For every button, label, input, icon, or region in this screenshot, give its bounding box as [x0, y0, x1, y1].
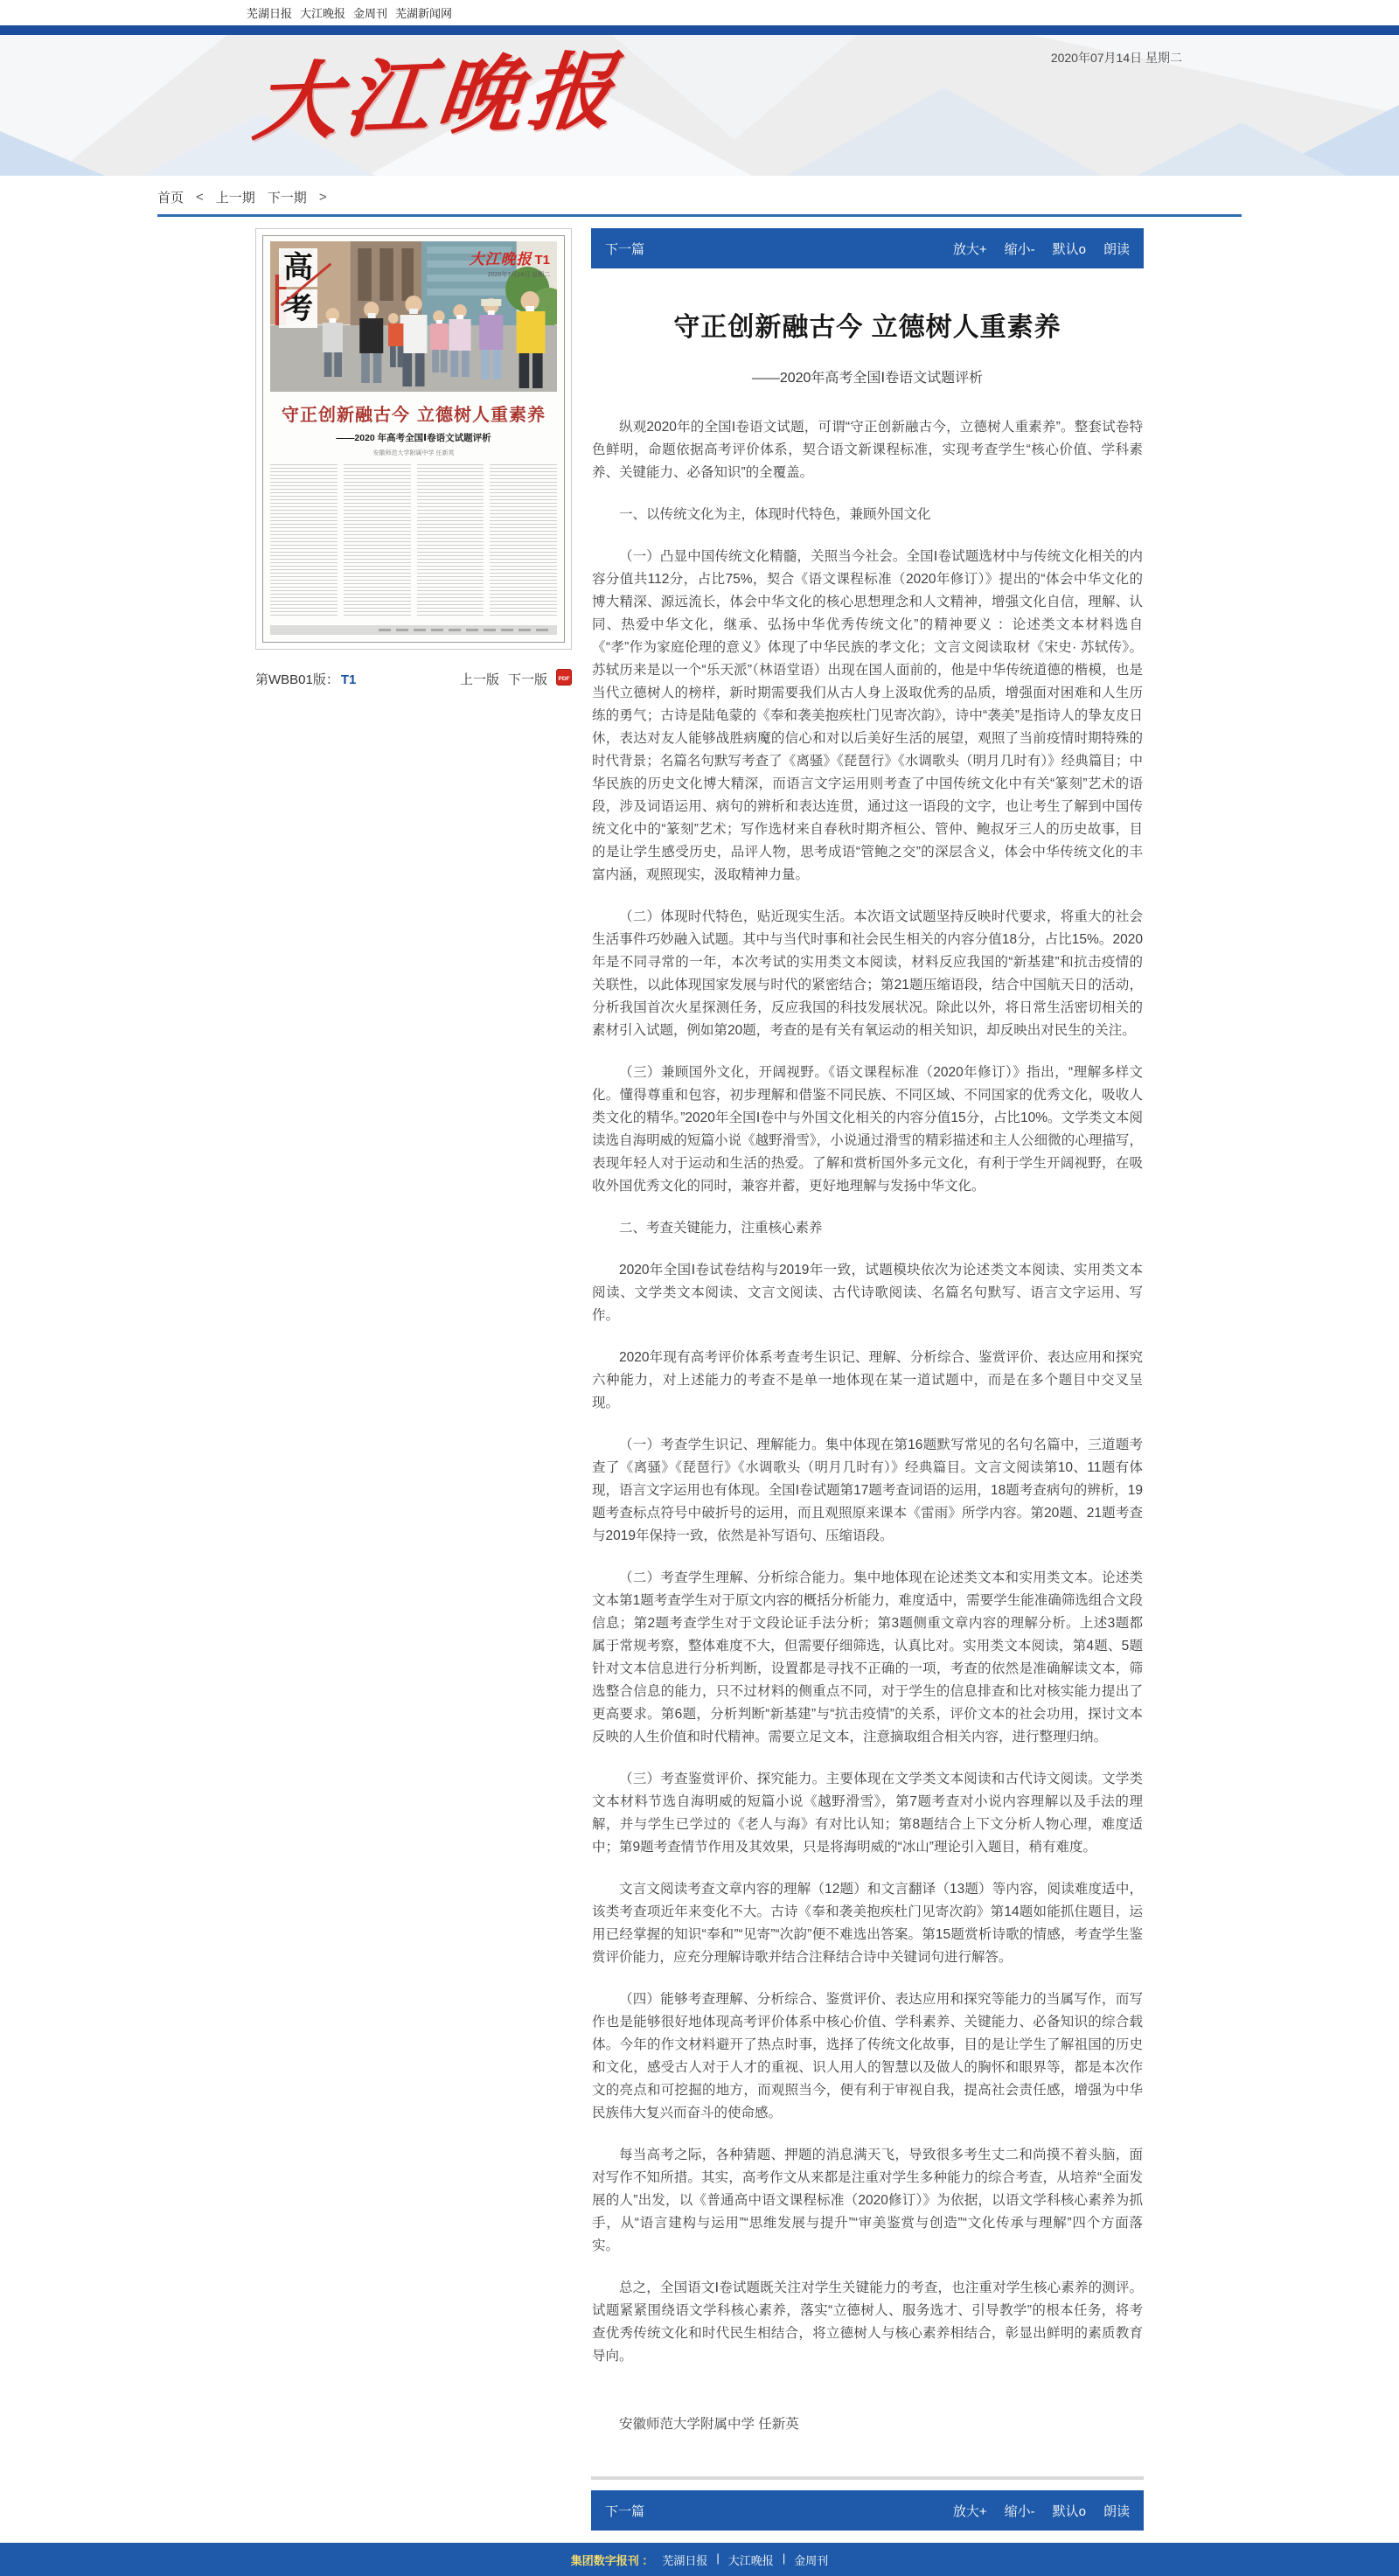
article-subtitle: ——2020年高考全国Ⅰ卷语文试题评析 — [592, 366, 1143, 386]
article-column: 下一篇 放大+ 缩小- 默认o 朗读 守正创新融古今 立德树人重素养 ——202… — [591, 228, 1144, 2531]
page: 芜湖日报大江晚报金周刊芜湖新闻网 大江晚报 2020年07月14日 星期二 首页… — [0, 0, 1399, 2576]
zoom-out-button[interactable]: 缩小- — [1005, 240, 1035, 258]
footer-links[interactable]: 芜湖日报|大江晚报|金周刊 — [662, 2552, 828, 2568]
site-footer: 集团数字报刊 ： 芜湖日报|大江晚报|金周刊 — [0, 2543, 1399, 2576]
article-paragraph: （二）体现时代特色，贴近现实生活。本次语文试题坚持反映时代要求，将重大的社会生活… — [592, 906, 1143, 1042]
left-column: 高 考 大江晚报T1 2020年7月14日 星期二 守正创新融古今 立德树人重素… — [255, 228, 579, 689]
article-paragraph: 文言文阅读考查文章内容的理解（12题）和文言翻译（13题）等内容，阅读难度适中，… — [592, 1878, 1143, 1969]
thumbnail-text-column — [417, 464, 484, 618]
page-caption-row: 第WBB01版：T1 上一版 下一版 PDF — [255, 669, 572, 689]
page-nav-links: 上一版 下一版 PDF — [460, 669, 572, 689]
next-page-link[interactable]: 下一版 — [508, 670, 547, 688]
site-header: 大江晚报 2020年07月14日 星期二 — [0, 35, 1399, 176]
page-code: T1 — [341, 672, 357, 687]
gaokao-badge: 高 考 — [279, 248, 321, 331]
footer-item[interactable]: | — [716, 2552, 719, 2568]
thumbnail-page: 高 考 大江晚报T1 2020年7月14日 星期二 守正创新融古今 立德树人重素… — [262, 235, 565, 643]
bottom-spacer — [0, 2531, 1399, 2543]
header-pattern — [0, 35, 1399, 176]
article-paragraph: 安徽师范大学附属中学 任新英 — [592, 2413, 1143, 2436]
thumbnail-masthead: 大江晚报T1 2020年7月14日 星期二 — [469, 247, 550, 279]
next-article-button[interactable]: 下一篇 — [605, 2502, 644, 2520]
next-article-button[interactable]: 下一篇 — [605, 240, 644, 258]
thumbnail-byline: 安徽师范大学附属中学 任新英 — [270, 449, 557, 457]
footer-item[interactable]: | — [783, 2552, 785, 2568]
prev-arrow-icon[interactable]: < — [196, 190, 204, 205]
article-paragraph: 一、以传统文化为主，体现时代特色，兼顾外国文化 — [592, 504, 1143, 526]
page-label: 第WBB01版：T1 — [255, 670, 356, 688]
topbar: 芜湖日报大江晚报金周刊芜湖新闻网 — [0, 0, 1399, 25]
article-paragraph: 每当高考之际，各种猜题、押题的消息满天飞，导致很多考生丈二和尚摸不着头脑，面对写… — [592, 2144, 1143, 2258]
article-paragraph: 2020年现有高考评价体系考查考生识记、理解、分析综合、鉴赏评价、表达应用和探究… — [592, 1347, 1143, 1415]
article-paragraph: 2020年全国Ⅰ卷试卷结构与2019年一致，试题模块依次为论述类文本阅读、实用类… — [592, 1259, 1143, 1327]
thumbnail-logo: 大江晚报 — [469, 251, 532, 268]
next-arrow-icon[interactable]: > — [319, 190, 327, 205]
pdf-icon[interactable]: PDF — [556, 669, 572, 689]
toolbar-right-group: 放大+ 缩小- 默认o 朗读 — [953, 2502, 1130, 2520]
article-paragraph: 纵观2020年的全国I卷语文试题，可谓“守正创新融古今，立德树人重素养”。整套试… — [592, 416, 1143, 484]
newspaper-page-thumbnail[interactable]: 高 考 大江晚报T1 2020年7月14日 星期二 守正创新融古今 立德树人重素… — [255, 228, 572, 650]
topbar-link[interactable]: 大江晚报 — [300, 4, 345, 21]
thumbnail-text-column — [344, 464, 411, 618]
thumbnail-subhead: ——2020 年高考全国Ⅰ卷语文试题评析 — [270, 431, 557, 444]
article-paragraph: （三）兼顾国外文化，开阔视野。《语文课程标准（2020年修订）》指出，“理解多样… — [592, 1062, 1143, 1198]
topbar-links: 芜湖日报大江晚报金周刊芜湖新闻网 — [157, 4, 1242, 21]
article: 守正创新融古今 立德树人重素养 ——2020年高考全国Ⅰ卷语文试题评析 纵观20… — [591, 305, 1144, 2436]
zoom-in-button[interactable]: 放大+ — [953, 2502, 987, 2520]
article-paragraph: （一）凸显中国传统文化精髓，关照当今社会。全国Ⅰ卷试题选材中与传统文化相关的内容… — [592, 546, 1143, 887]
footer-item[interactable]: 大江晚报 — [728, 2552, 774, 2568]
zoom-out-button[interactable]: 缩小- — [1005, 2502, 1035, 2520]
topbar-link[interactable]: 金周刊 — [353, 4, 387, 21]
default-size-button[interactable]: 默认o — [1053, 240, 1086, 258]
article-paragraph: （四）能够考查理解、分析综合、鉴赏评价、表达应用和探究等能力的当属写作，而写作也… — [592, 1988, 1143, 2125]
article-paragraph: （二）考查学生理解、分析综合能力。集中地体现在论述类文本和实用类文本。论述类文本… — [592, 1567, 1143, 1749]
gaokao-char-bottom: 考 — [279, 289, 317, 328]
topbar-link[interactable]: 芜湖日报 — [247, 4, 292, 21]
article-paragraph: 总之，全国语文Ⅰ卷试题既关注对学生关键能力的考查，也注重对学生核心素养的测评。试… — [592, 2277, 1143, 2368]
thumbnail-text-columns — [270, 464, 557, 618]
page-label-text: 第WBB01版： — [255, 672, 339, 687]
article-paragraph: （三）考查鉴赏评价、探究能力。主要体现在文学类文本阅读和古代诗文阅读。文学类文本… — [592, 1768, 1143, 1859]
article-paragraph: 二、考查关键能力，注重核心素养 — [592, 1217, 1143, 1240]
topbar-link[interactable]: 芜湖新闻网 — [395, 4, 452, 21]
footer-item[interactable]: 芜湖日报 — [662, 2552, 707, 2568]
article-title: 守正创新融古今 立德树人重素养 — [592, 305, 1143, 344]
article-toolbar-top: 下一篇 放大+ 缩小- 默认o 朗读 — [591, 228, 1144, 268]
issue-nav-wrap: 首页 < 上一期 下一期 > — [0, 176, 1399, 217]
nav-next-issue[interactable]: 下一期 — [268, 188, 307, 206]
header-date: 2020年07月14日 星期二 — [1051, 49, 1182, 66]
default-size-button[interactable]: 默认o — [1053, 2502, 1086, 2520]
masthead-logo: 大江晚报 — [250, 45, 625, 150]
thumbnail-edition-no: T1 — [534, 253, 550, 268]
read-aloud-button[interactable]: 朗读 — [1103, 2502, 1130, 2520]
article-toolbar-bottom: 下一篇 放大+ 缩小- 默认o 朗读 — [591, 2490, 1144, 2531]
thumbnail-credit-strip — [270, 625, 557, 635]
article-divider — [591, 2476, 1144, 2480]
thumbnail-headline: 守正创新融古今 立德树人重素养 — [270, 400, 557, 426]
footer-item[interactable]: 金周刊 — [794, 2552, 828, 2568]
nav-prev-issue[interactable]: 上一期 — [216, 188, 255, 206]
thumbnail-photo: 高 考 大江晚报T1 2020年7月14日 星期二 — [270, 241, 557, 392]
nav-home-link[interactable]: 首页 — [157, 188, 184, 206]
main-content: 高 考 大江晚报T1 2020年7月14日 星期二 守正创新融古今 立德树人重素… — [255, 228, 1144, 2531]
read-aloud-button[interactable]: 朗读 — [1103, 240, 1130, 258]
article-body: 纵观2020年的全国I卷语文试题，可谓“守正创新融古今，立德树人重素养”。整套试… — [592, 416, 1143, 2436]
thumbnail-text-column — [490, 464, 557, 618]
svg-text:PDF: PDF — [559, 676, 570, 682]
issue-nav: 首页 < 上一期 下一期 > — [157, 176, 1242, 217]
thumbnail-text-column — [270, 464, 338, 618]
toolbar-right-group: 放大+ 缩小- 默认o 朗读 — [953, 240, 1130, 258]
prev-page-link[interactable]: 上一版 — [460, 670, 499, 688]
footer-label: 集团数字报刊 ： — [571, 2552, 654, 2568]
top-navy-bar — [0, 25, 1399, 35]
thumbnail-date: 2020年7月14日 星期二 — [469, 270, 550, 279]
article-paragraph: （一）考查学生识记、理解能力。集中体现在第16题默写常见的名句名篇中，三道题考查… — [592, 1434, 1143, 1548]
zoom-in-button[interactable]: 放大+ — [953, 240, 987, 258]
